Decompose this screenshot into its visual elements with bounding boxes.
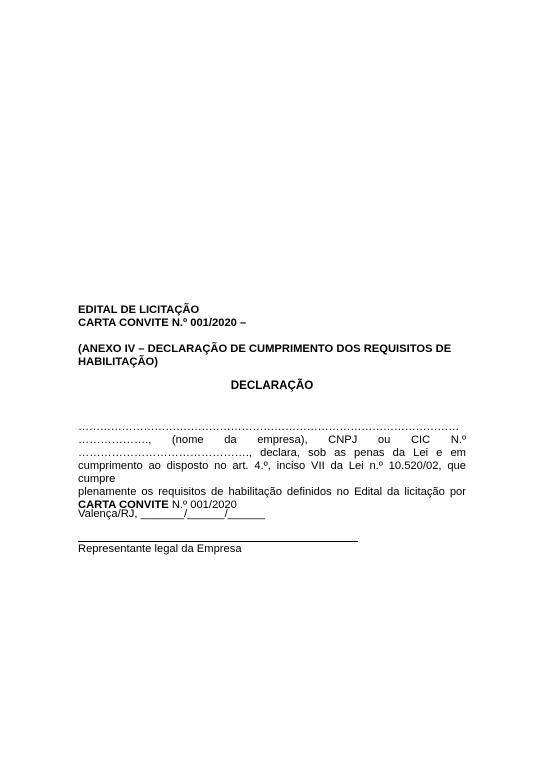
declaration-body: …………………………………………………………………………………………… …………… [78, 421, 466, 512]
annex-heading: (ANEXO IV – DECLARAÇÃO DE CUMPRIMENTO DO… [78, 343, 466, 369]
word: CNPJ [328, 434, 357, 446]
word: e [436, 447, 442, 459]
word: Lei [413, 447, 428, 459]
body-line-5: plenamente os requisitos de habilitação … [78, 486, 466, 499]
edital-title: EDITAL DE LICITAÇÃO [78, 304, 466, 317]
date-line: Valença/RJ, _______/______/______ [78, 508, 466, 521]
declaration-title: DECLARAÇÃO [78, 379, 466, 392]
word: ou [378, 434, 390, 446]
word: penas [354, 447, 384, 459]
blank-fill-line: …………………………………………………………………………………………… [78, 421, 466, 434]
word: da [393, 447, 405, 459]
annex-line-2: HABILITAÇÃO) [78, 356, 466, 369]
word: declara, [260, 447, 300, 459]
word: empresa), [257, 434, 307, 446]
annex-line-1: (ANEXO IV – DECLARAÇÃO DE CUMPRIMENTO DO… [78, 343, 466, 356]
signature-line [78, 541, 358, 542]
body-line-2: ………………., (nome da empresa), CNPJ ou CIC … [78, 434, 466, 447]
signature-label: Representante legal da Empresa [78, 543, 466, 556]
document-page: EDITAL DE LICITAÇÃO CARTA CONVITE N.º 00… [0, 0, 543, 768]
word: em [450, 447, 466, 459]
carta-convite-number: CARTA CONVITE N.º 001/2020 – [78, 317, 466, 330]
word: CIC [411, 434, 430, 446]
word: da [224, 434, 236, 446]
word: sob [308, 447, 326, 459]
word: (nome [172, 434, 204, 446]
word: as [334, 447, 346, 459]
body-line-3: ………………………………………., declara, sob as penas … [78, 447, 466, 460]
word: N.º [451, 434, 466, 446]
blank-fill-dots: ………………., [78, 434, 151, 446]
blank-fill-dots: ………………………………………., [78, 447, 252, 459]
body-line-4: cumprimento ao disposto no art. 4.º, inc… [78, 460, 466, 486]
edital-header: EDITAL DE LICITAÇÃO CARTA CONVITE N.º 00… [78, 304, 466, 330]
